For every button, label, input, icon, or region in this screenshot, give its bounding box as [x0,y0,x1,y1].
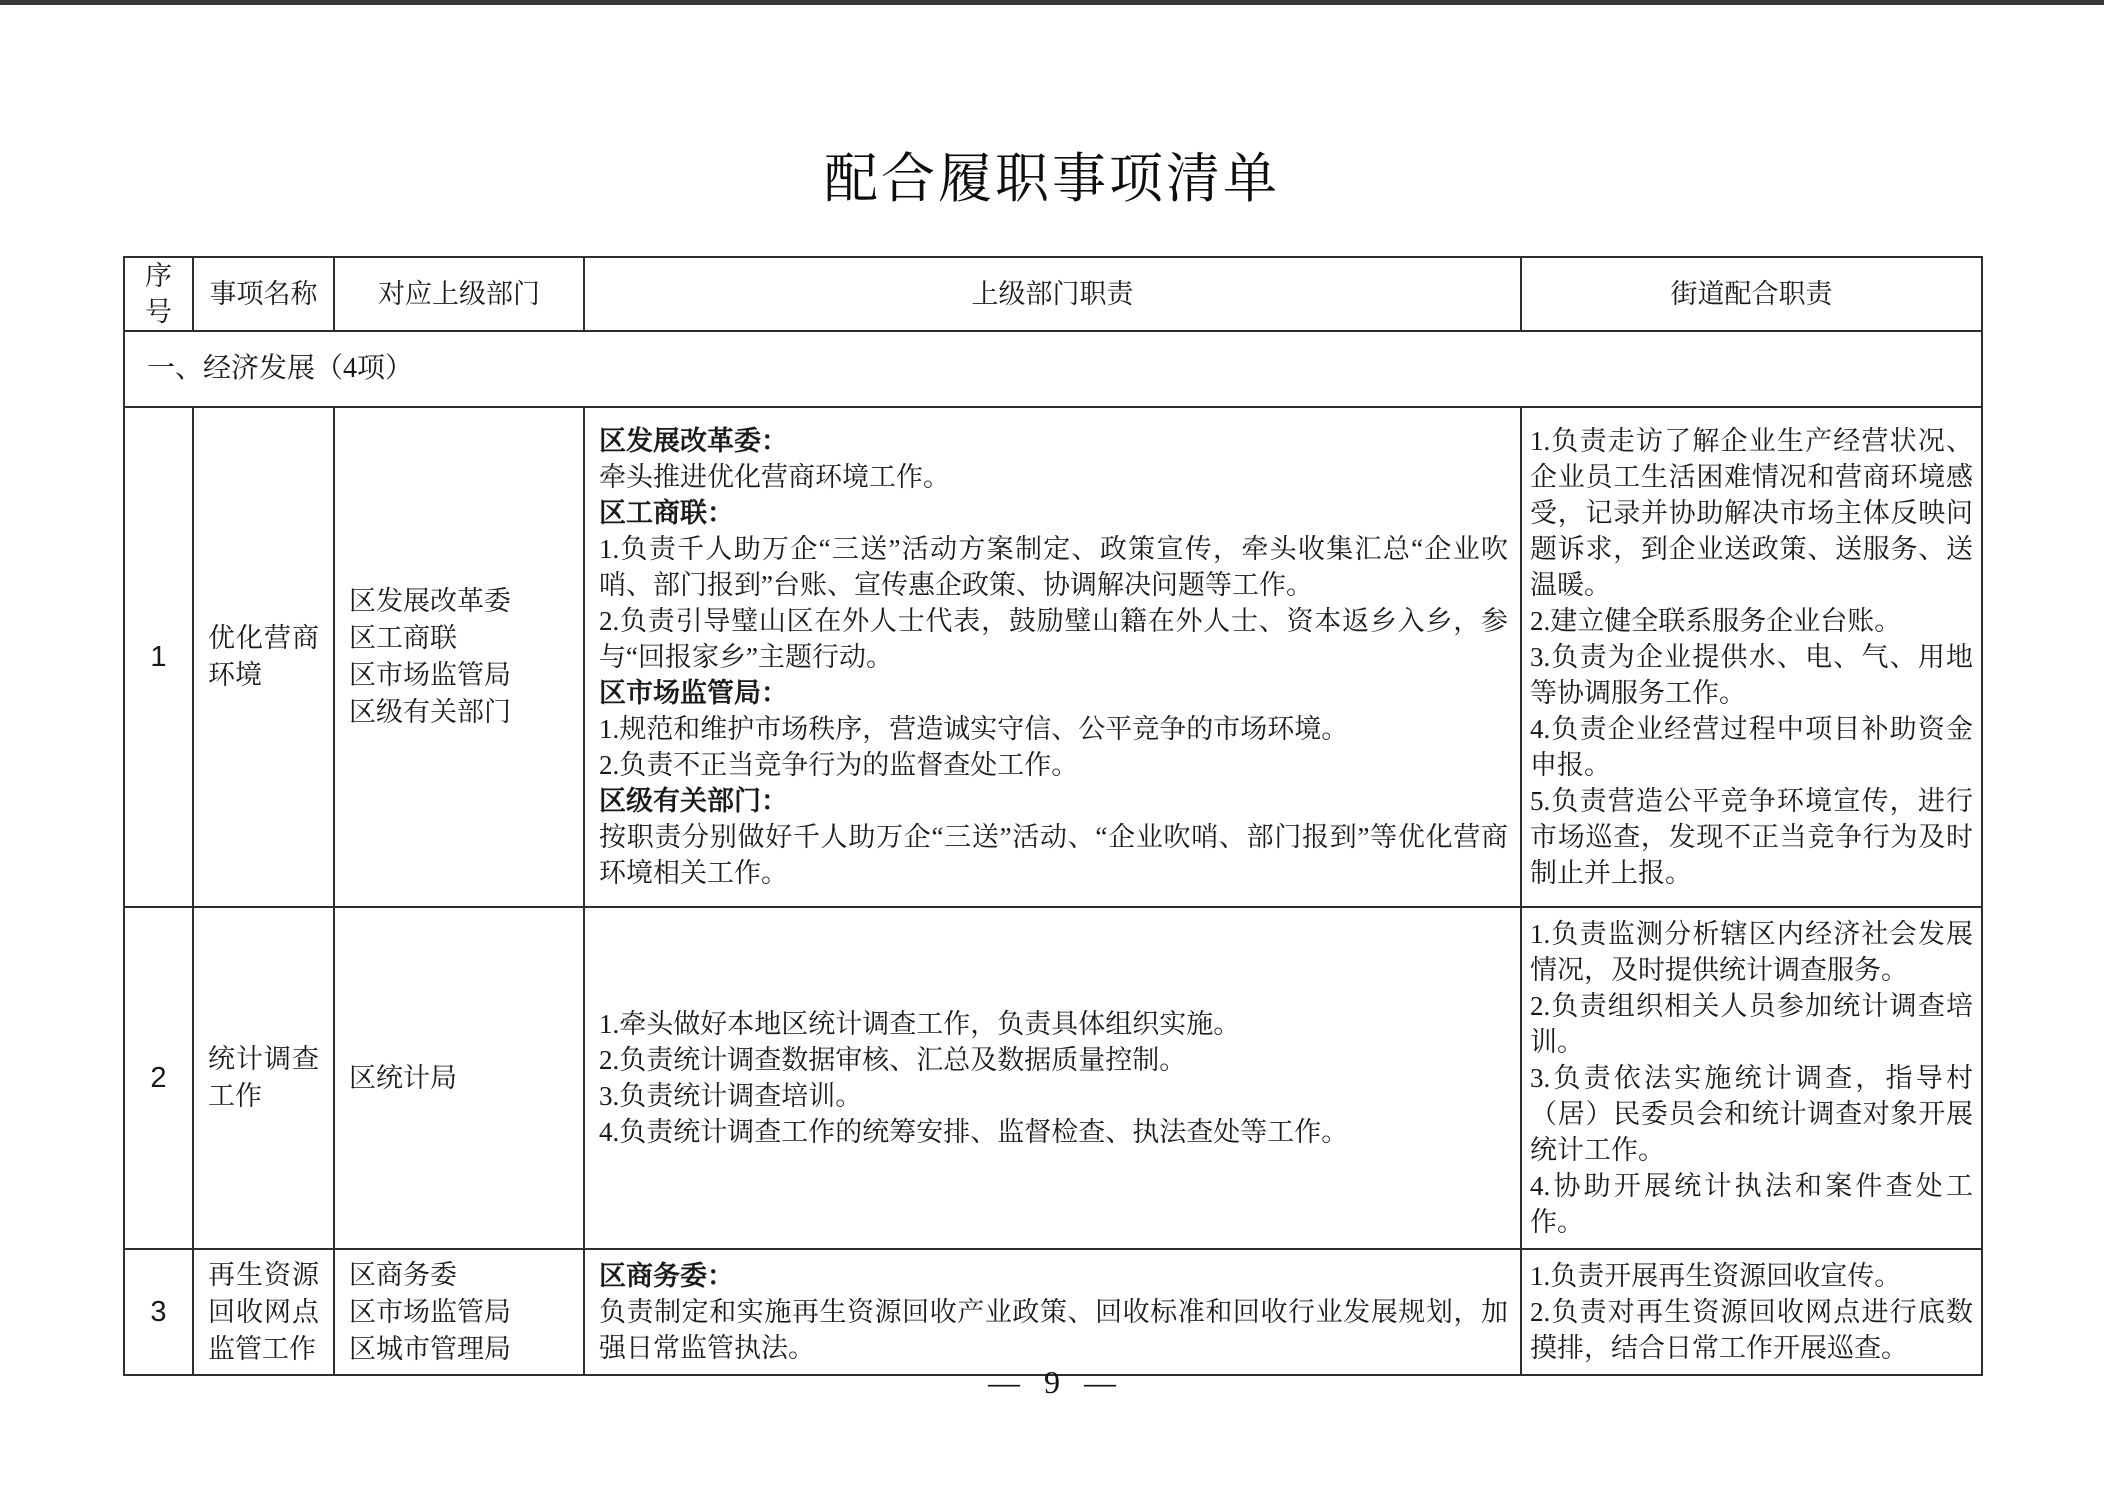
street-duty-paragraph: 3.负责依法实施统计调查，指导村（居）民委员会和统计调查对象开展统计工作。 [1530,1060,1973,1168]
department-line: 区级有关部门 [349,694,573,731]
duty-paragraph: 1.负责千人助万企“三送”活动方案制定、政策宣传，牵头收集汇总“企业吹哨、部门报… [599,531,1508,603]
item-name-cell: 优化营商环境 [193,407,334,907]
department-line: 区工商联 [349,620,573,657]
street-duty-paragraph: 2.建立健全联系服务企业台账。 [1530,603,1973,639]
department-line: 区市场监管局 [349,657,573,694]
item-name-cell: 再生资源回收网点监管工作 [193,1249,334,1375]
street-duty-paragraph: 2.负责对再生资源回收网点进行底数摸排，结合日常工作开展巡查。 [1530,1294,1973,1366]
table-row: 2 统计调查工作 区统计局 1.牵头做好本地区统计调查工作，负责具体组织实施。 … [124,907,1982,1249]
departments-cell: 区发展改革委 区工商联 区市场监管局 区级有关部门 [334,407,584,907]
top-edge-bar [0,0,2104,5]
col-header-item-name: 事项名称 [193,257,334,331]
col-header-superior-duties: 上级部门职责 [584,257,1521,331]
duty-paragraph: 牵头推进优化营商环境工作。 [599,459,1508,495]
departments-cell: 区统计局 [334,907,584,1249]
duty-heading: 区级有关部门： [599,783,1508,819]
duty-paragraph: 2.负责不正当竞争行为的监督查处工作。 [599,747,1508,783]
duty-heading: 区工商联： [599,495,1508,531]
section-row: 一、经济发展（4项） [124,331,1982,407]
duty-paragraph: 4.负责统计调查工作的统筹安排、监督检查、执法查处等工作。 [599,1114,1508,1150]
street-duty-paragraph: 2.负责组织相关人员参加统计调查培训。 [1530,988,1973,1060]
department-line: 区市场监管局 [349,1294,573,1331]
duty-paragraph: 3.负责统计调查培训。 [599,1078,1508,1114]
page-number: — 9 — [0,1364,2104,1401]
col-header-superior-dept: 对应上级部门 [334,257,584,331]
street-duty-paragraph: 4.协助开展统计执法和案件查处工作。 [1530,1168,1973,1240]
duties-table: 序号 事项名称 对应上级部门 上级部门职责 街道配合职责 一、经济发展（4项） … [123,256,1983,1376]
document-title: 配合履职事项清单 [0,136,2104,213]
item-name-cell: 统计调查工作 [193,907,334,1249]
table-row: 3 再生资源回收网点监管工作 区商务委 区市场监管局 区城市管理局 区商务委： … [124,1249,1982,1375]
departments-cell: 区商务委 区市场监管局 区城市管理局 [334,1249,584,1375]
duty-paragraph: 2.负责统计调查数据审核、汇总及数据质量控制。 [599,1042,1508,1078]
row-serial: 2 [124,907,193,1249]
street-duty-paragraph: 1.负责开展再生资源回收宣传。 [1530,1258,1973,1294]
superior-duties-cell: 区发展改革委： 牵头推进优化营商环境工作。 区工商联： 1.负责千人助万企“三送… [584,407,1521,907]
street-duties-cell: 1.负责走访了解企业生产经营状况、企业员工生活困难情况和营商环境感受，记录并协助… [1521,407,1982,907]
duty-paragraph: 1.牵头做好本地区统计调查工作，负责具体组织实施。 [599,1006,1508,1042]
department-line: 区城市管理局 [349,1331,573,1368]
street-duty-paragraph: 4.负责企业经营过程中项目补助资金申报。 [1530,711,1973,783]
department-line: 区统计局 [349,1060,573,1097]
duty-paragraph: 负责制定和实施再生资源回收产业政策、回收标准和回收行业发展规划，加强日常监管执法… [599,1294,1508,1366]
duty-heading: 区发展改革委： [599,423,1508,459]
street-duty-paragraph: 1.负责走访了解企业生产经营状况、企业员工生活困难情况和营商环境感受，记录并协助… [1530,423,1973,603]
duty-paragraph: 1.规范和维护市场秩序，营造诚实守信、公平竞争的市场环境。 [599,711,1508,747]
street-duty-paragraph: 1.负责监测分析辖区内经济社会发展情况，及时提供统计调查服务。 [1530,916,1973,988]
duty-paragraph: 按职责分别做好千人助万企“三送”活动、“企业吹哨、部门报到”等优化营商环境相关工… [599,819,1508,891]
street-duties-cell: 1.负责开展再生资源回收宣传。 2.负责对再生资源回收网点进行底数摸排，结合日常… [1521,1249,1982,1375]
section-label: 一、经济发展（4项） [124,331,1982,407]
duty-paragraph: 2.负责引导璧山区在外人士代表，鼓励璧山籍在外人士、资本返乡入乡，参与“回报家乡… [599,603,1508,675]
col-header-street-duties: 街道配合职责 [1521,257,1982,331]
duty-heading: 区商务委： [599,1258,1508,1294]
superior-duties-cell: 区商务委： 负责制定和实施再生资源回收产业政策、回收标准和回收行业发展规划，加强… [584,1249,1521,1375]
department-line: 区商务委 [349,1257,573,1294]
table-row: 1 优化营商环境 区发展改革委 区工商联 区市场监管局 区级有关部门 区发展改革… [124,407,1982,907]
table-header-row: 序号 事项名称 对应上级部门 上级部门职责 街道配合职责 [124,257,1982,331]
duty-heading: 区市场监管局： [599,675,1508,711]
street-duty-paragraph: 5.负责营造公平竞争环境宣传，进行市场巡查，发现不正当竞争行为及时制止并上报。 [1530,783,1973,891]
street-duties-cell: 1.负责监测分析辖区内经济社会发展情况，及时提供统计调查服务。 2.负责组织相关… [1521,907,1982,1249]
street-duty-paragraph: 3.负责为企业提供水、电、气、用地等协调服务工作。 [1530,639,1973,711]
department-line: 区发展改革委 [349,583,573,620]
superior-duties-cell: 1.牵头做好本地区统计调查工作，负责具体组织实施。 2.负责统计调查数据审核、汇… [584,907,1521,1249]
row-serial: 3 [124,1249,193,1375]
col-header-serial: 序号 [124,257,193,331]
row-serial: 1 [124,407,193,907]
